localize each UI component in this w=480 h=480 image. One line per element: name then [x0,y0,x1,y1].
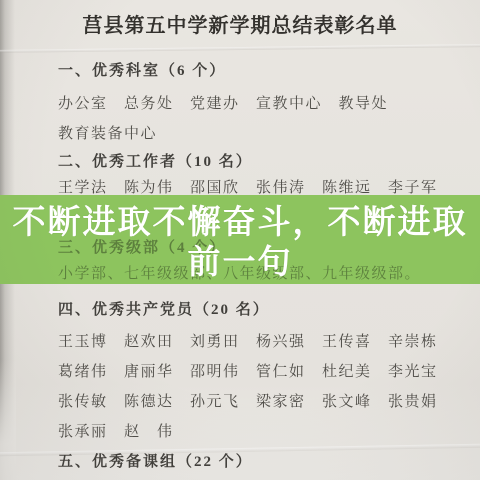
section-4-row: 葛绪伟 唐丽华 邵明伟 管仁如 杜纪美 李光宝 [58,363,438,381]
section-4-row: 张承丽 赵 伟 [58,423,174,441]
page-edge-fade [0,360,16,480]
section-4-row: 王玉博 赵欢田 刘勇田 杨兴强 王传喜 辛崇栋 [58,333,438,351]
section-1-row: 办公室 总务处 党建办 宣教中心 教导处 [58,95,388,113]
section-5-heading: 五、优秀备课组（22 个） [58,453,253,471]
section-1-row: 教育装备中心 [58,125,157,143]
section-2-heading: 二、优秀工作者（10 名） [58,153,253,171]
section-4-heading: 四、优秀共产党员（20 名） [58,301,270,319]
paper-crease [0,44,480,53]
overlay-caption-line-2: 前一句 [0,243,480,281]
section-4-row: 张传敏 陈德达 孙元飞 梁家密 张文峰 张贵娟 [58,393,438,411]
document-title: 莒县第五中学新学期总结表彰名单 [0,9,480,38]
document-photo: 莒县第五中学新学期总结表彰名单 一、优秀科室（6 个） 办公室 总务处 党建办 … [0,0,480,480]
section-1-heading: 一、优秀科室（6 个） [58,62,226,80]
overlay-caption-line-1: 不断进取不懈奋斗，不断进取 [0,203,480,241]
